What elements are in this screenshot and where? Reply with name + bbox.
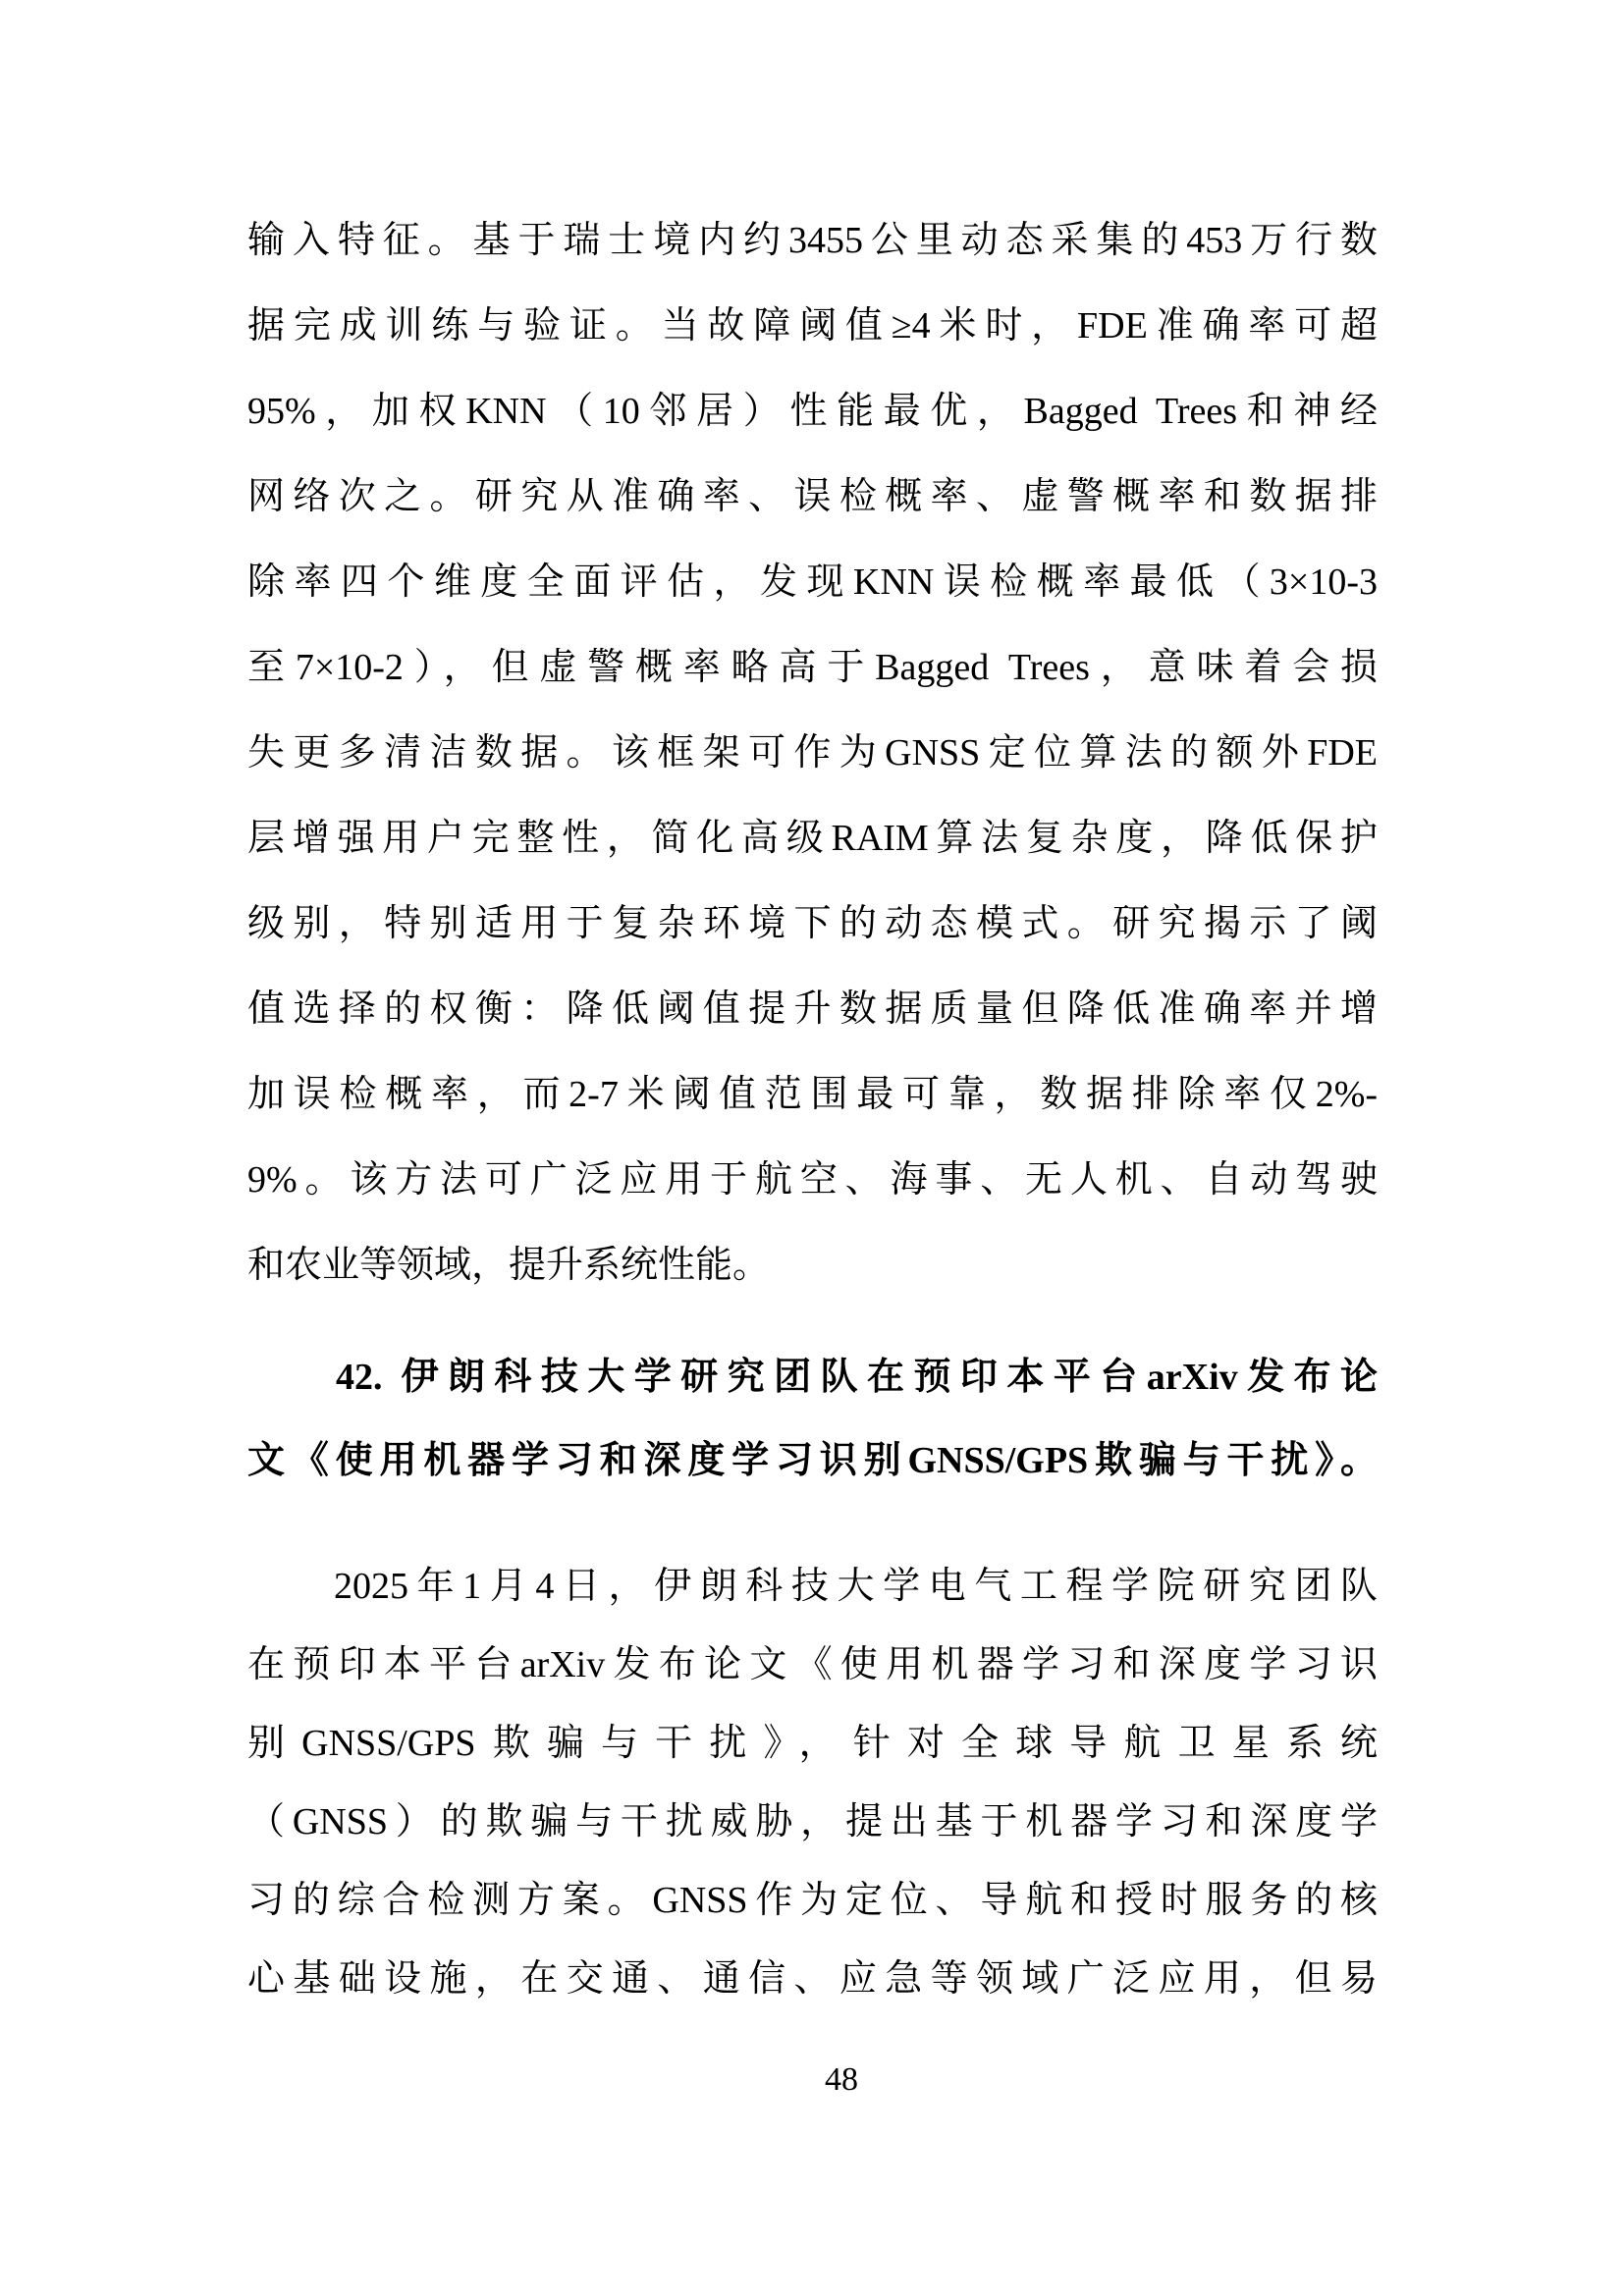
paragraph-arxiv-paper: 2025年1月4日，伊朗科技大学电气工程学院研究团队 在预印本平台arXiv发布… [247, 1547, 1378, 2018]
paragraph1-line-11: 加误检概率，而2-7米阈值范围最可靠，数据排除率仅2%- [247, 1052, 1378, 1138]
paragraph1-line-2: 据完成训练与验证。当故障阈值≥4米时，FDE准确率可超 [247, 284, 1378, 369]
paragraph1-line-8: 层增强用户完整性，简化高级RAIM算法复杂度，降低保护 [247, 796, 1378, 881]
heading-line-1: 42. 伊朗科技大学研究团队在预印本平台arXiv发布论 [247, 1336, 1378, 1419]
paragraph1-line-3: 95%，加权KNN（10邻居）性能最优，Bagged Trees和神经 [247, 369, 1378, 454]
paragraph1-line-6: 至7×10-2），但虚警概率略高于Bagged Trees，意味着会损 [247, 625, 1378, 711]
text-block: 输入特征。基于瑞士境内约3455公里动态采集的453万行数 据完成训练与验证。当… [247, 198, 1378, 2018]
page-number: 48 [247, 2059, 1435, 2101]
paragraph1-line-9: 级别，特别适用于复杂环境下的动态模式。研究揭示了阈 [247, 881, 1378, 967]
paragraph2-line-3: 别GNSS/GPS欺骗与干扰》，针对全球导航卫星系统 [247, 1704, 1378, 1783]
paragraph1-line-7: 失更多清洁数据。该框架可作为GNSS定位算法的额外FDE [247, 711, 1378, 796]
heading-line-2: 文《使用机器学习和深度学习识别GNSS/GPS欺骗与干扰》。 [247, 1419, 1378, 1503]
paragraph2-line-2: 在预印本平台arXiv发布论文《使用机器学习和深度学习识 [247, 1626, 1378, 1704]
paragraph1-line-13: 和农业等领域，提升系统性能。 [247, 1223, 1378, 1308]
paragraph1-line-4: 网络次之。研究从准确率、误检概率、虚警概率和数据排 [247, 454, 1378, 540]
paragraph2-line-6: 心基础设施，在交通、通信、应急等领域广泛应用，但易 [247, 1940, 1378, 2018]
paragraph2-line-1: 2025年1月4日，伊朗科技大学电气工程学院研究团队 [247, 1547, 1378, 1626]
document-page: 输入特征。基于瑞士境内约3455公里动态采集的453万行数 据完成训练与验证。当… [0, 0, 1624, 2296]
paragraph1-line-5: 除率四个维度全面评估，发现KNN误检概率最低（3×10-3 [247, 540, 1378, 625]
paragraph1-line-1: 输入特征。基于瑞士境内约3455公里动态采集的453万行数 [247, 198, 1378, 284]
paragraph2-line-5: 习的综合检测方案。GNSS作为定位、导航和授时服务的核 [247, 1861, 1378, 1940]
paragraph1-line-10: 值选择的权衡：降低阈值提升数据质量但降低准确率并增 [247, 967, 1378, 1052]
paragraph1-line-12: 9%。该方法可广泛应用于航空、海事、无人机、自动驾驶 [247, 1138, 1378, 1223]
paragraph-fde-study: 输入特征。基于瑞士境内约3455公里动态采集的453万行数 据完成训练与验证。当… [247, 198, 1378, 1308]
paragraph2-line-4: （GNSS）的欺骗与干扰威胁，提出基于机器学习和深度学 [247, 1783, 1378, 1861]
section-heading-42: 42. 伊朗科技大学研究团队在预印本平台arXiv发布论 文《使用机器学习和深度… [247, 1336, 1378, 1503]
